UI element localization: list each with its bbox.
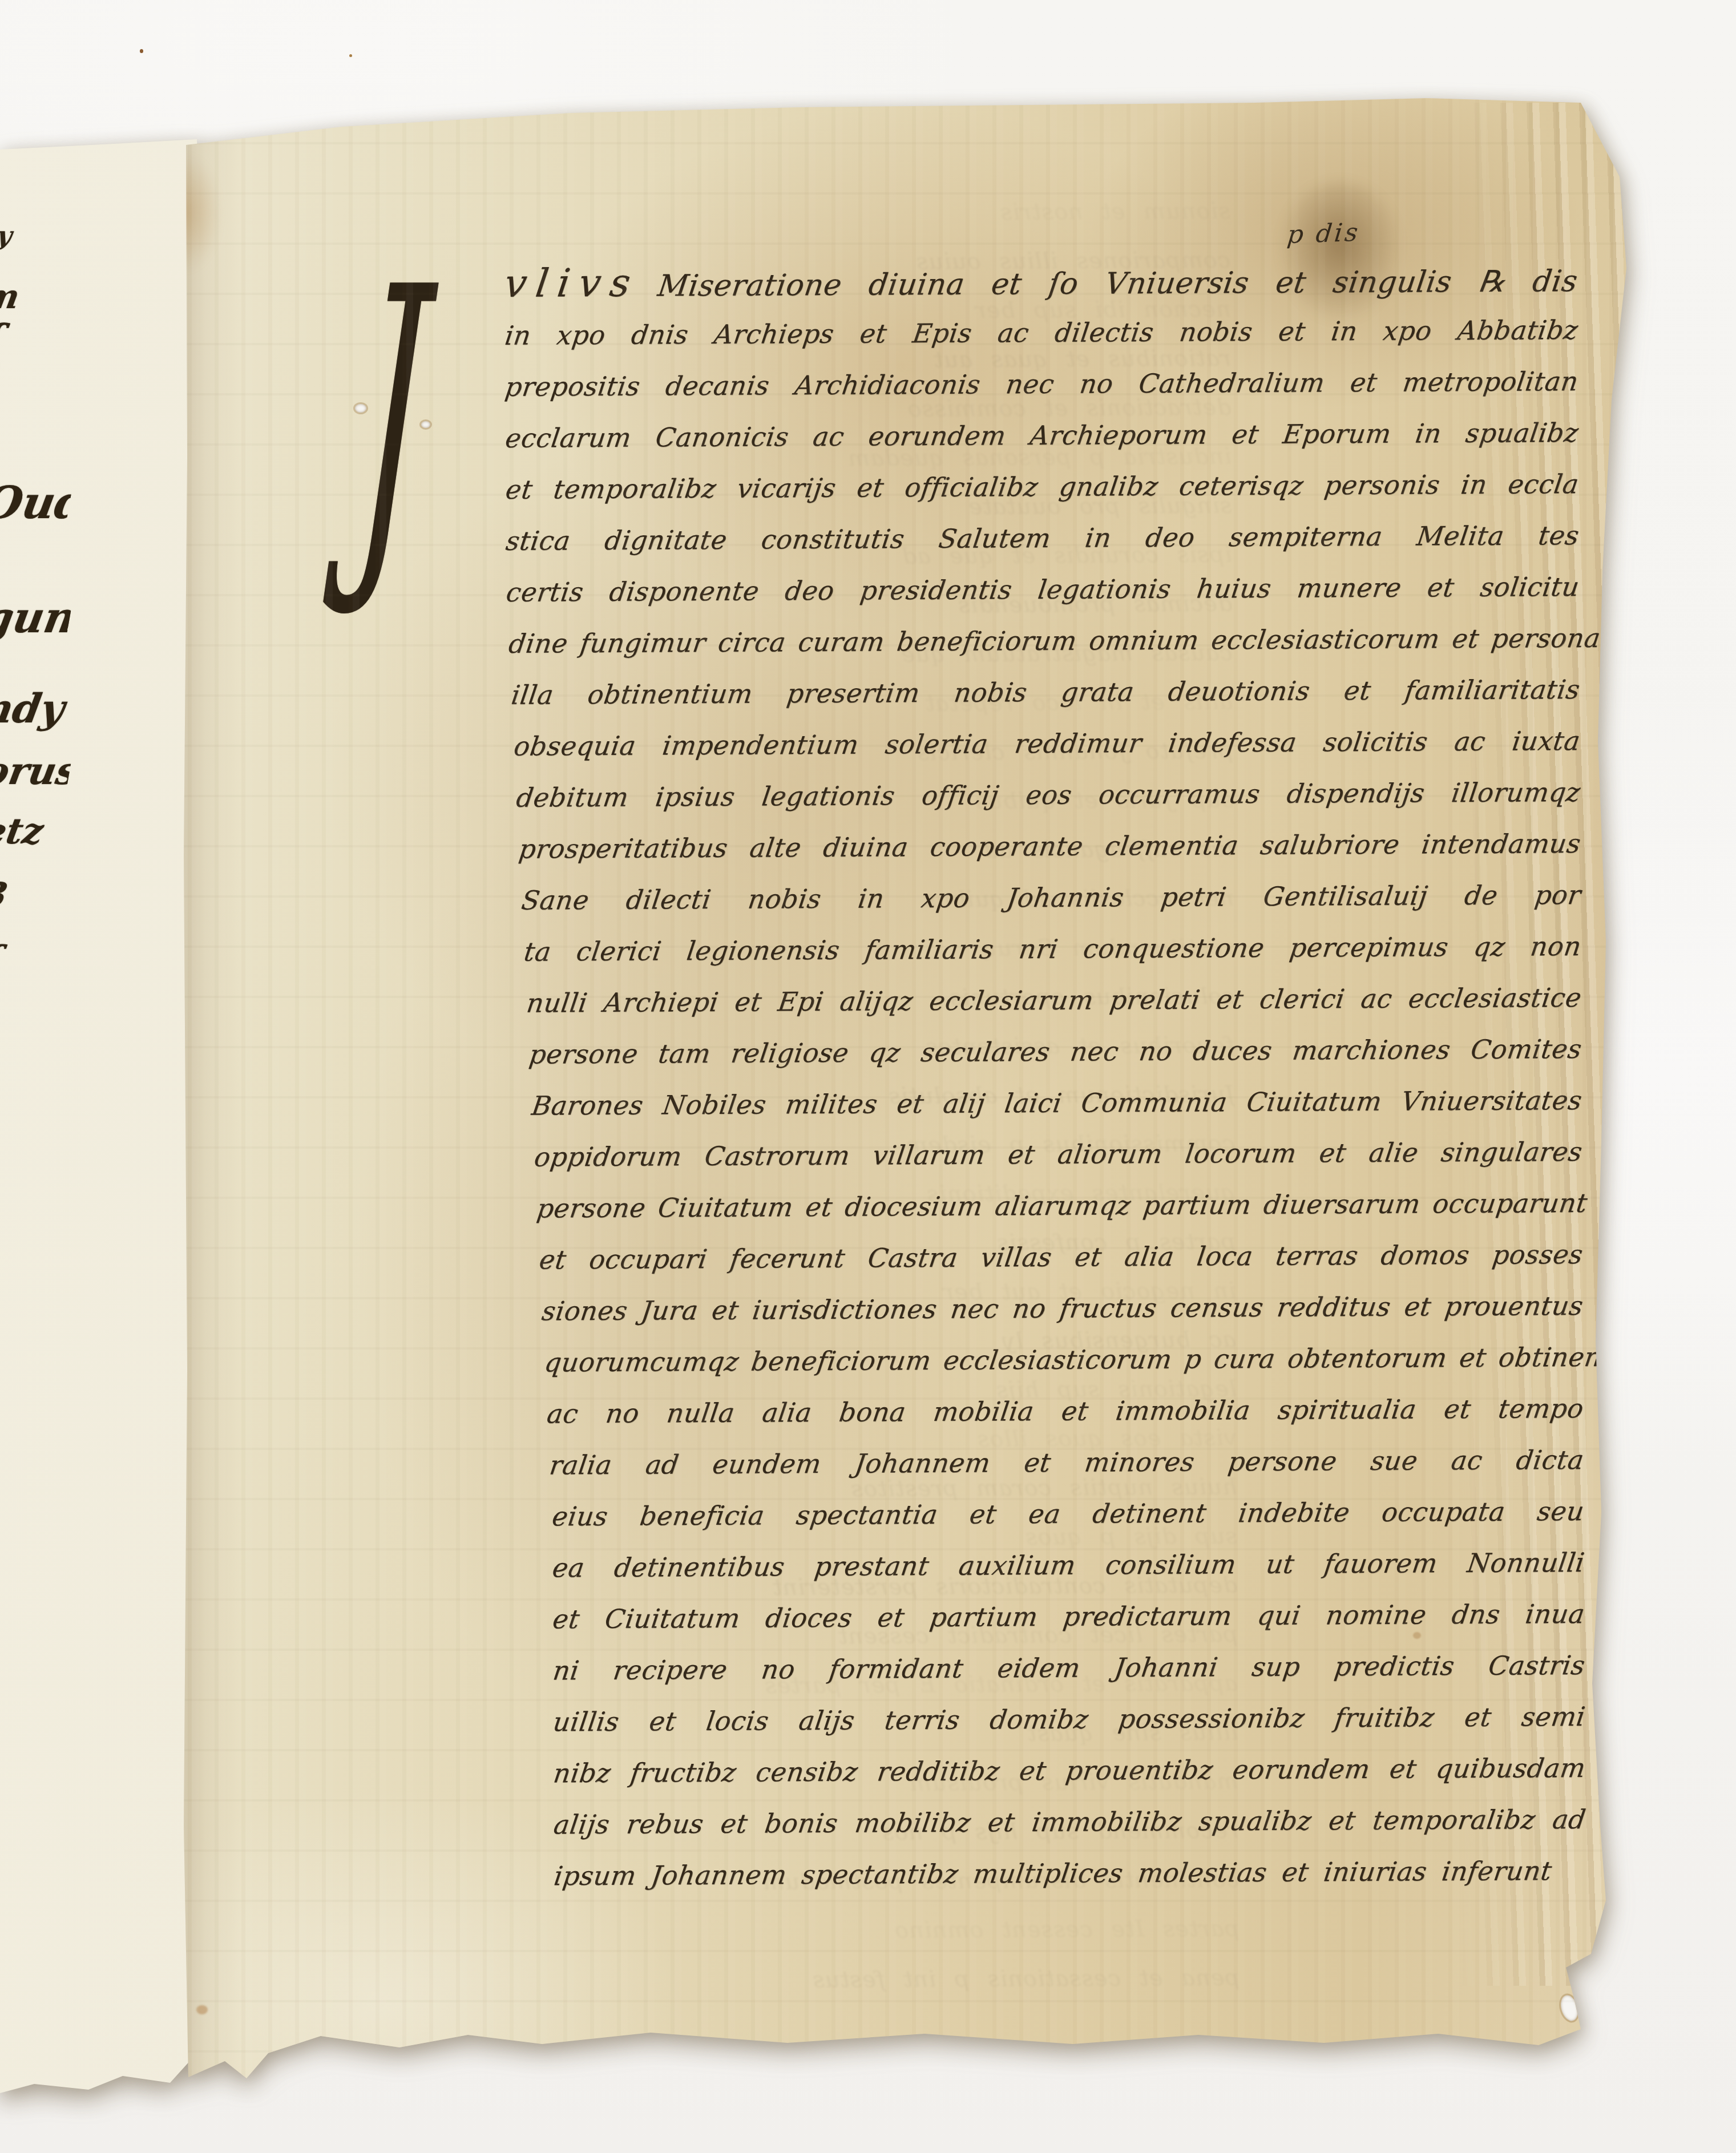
previous-page-ink-fragment: ſ <box>0 938 74 981</box>
text-line: persone tam religiose qz seculares nec n… <box>526 1025 1585 1082</box>
text-line: eius beneficia spectantia et ea detinent… <box>548 1488 1587 1545</box>
text-line: illa obtinentium presertim nobis grata d… <box>508 666 1583 723</box>
manuscript-text-block: vlivsMiseratione diuina et ſo Vniuersis … <box>500 255 1582 1904</box>
text-line: ralia ad eundem Johannem et minores pers… <box>546 1436 1587 1493</box>
previous-page-ink-fragment: orus <box>0 749 74 793</box>
text-line: stica dignitate constitutis Salutem in d… <box>502 512 1582 569</box>
previous-page-ink-fragment: ∂ <box>0 352 72 386</box>
text-line: ea detinentibus prestant auxilium consil… <box>549 1539 1588 1596</box>
previous-page-ink-fragment: 3 <box>0 875 73 914</box>
text-line: prosperitatibus alte diuina cooperante c… <box>515 820 1584 877</box>
text-line: in xpo dnis Archieps et Epis ac dilectis… <box>501 306 1581 363</box>
text-line: nibz fructibz censibz redditibz et proue… <box>550 1744 1589 1801</box>
text-line: debitum ipsius legationis officij eos oc… <box>513 769 1584 826</box>
text-line: ni recipere no formidant eidem Johanni s… <box>550 1642 1588 1699</box>
text-line: alijs rebus et bonis mobilibz et immobil… <box>550 1796 1589 1853</box>
text-line-rest: Miseratione diuina et ſo Vniuersis et si… <box>656 264 1580 303</box>
showthrough-line: partes Ite cessent omnino <box>83 1906 1239 1962</box>
page-number: 213 <box>1366 50 1516 96</box>
previous-page-ink-fragment: ſ <box>0 315 74 363</box>
text-line: et temporalibz vicarijs et officialibz g… <box>502 461 1582 518</box>
previous-page-ink-fragment: j <box>0 377 72 409</box>
text-line: prepositis decanis Archidiaconis nec no … <box>502 358 1581 415</box>
text-line: Barones Nobiles milites et alij laici Co… <box>528 1077 1585 1134</box>
text-line: obsequia impendentium solertia reddimur … <box>510 717 1583 774</box>
previous-page-ink-fragment: Oud <box>0 477 74 529</box>
text-line: nulli Archiepi et Epi alijqz ecclesiarum… <box>523 974 1585 1031</box>
text-line: et occupari fecerunt Castra villas et al… <box>536 1231 1586 1288</box>
opening-word: vlivs <box>502 261 642 306</box>
text-line: et Ciuitatum dioces et partium predictar… <box>549 1590 1588 1647</box>
text-line: vlivsMiseratione diuina et ſo Vniuersis … <box>501 255 1581 312</box>
text-line: siones Jura et iurisdictiones nec no fru… <box>538 1282 1586 1339</box>
text-line: dine fungimur circa curam beneficiorum o… <box>505 615 1582 672</box>
text-line: oppidorum Castrorum villarum et aliorum … <box>531 1128 1585 1185</box>
showthrough-line: pena et cessationis p int festus <box>105 1956 1240 2010</box>
superscript-insertion: p dis <box>1286 218 1362 249</box>
scanned-sheet: rymſ∂jOudgunndyorusetz3ſ sionum et nostr… <box>0 0 1736 2153</box>
text-line: certis disponente deo presidentis legati… <box>503 563 1582 620</box>
previous-page-ink-fragment: gun <box>0 593 74 643</box>
text-line: ecclarum Canonicis ac eorundem Archiepor… <box>502 409 1581 466</box>
previous-page-ink-fragment: m <box>0 277 73 316</box>
previous-page-ink-fragment: etz <box>0 810 73 852</box>
text-line: uillis et locis alijs terris domibz poss… <box>550 1693 1588 1750</box>
text-line: Sane dilecti nobis in xpo Johannis petri… <box>518 871 1584 928</box>
corner-hole <box>1558 1993 1581 2023</box>
text-line: ac no nulla alia bona mobilia et immobil… <box>543 1385 1586 1442</box>
text-line: ta clerici legionensis familiaris nri co… <box>520 923 1584 980</box>
manuscript-page: sionum et nostriscompariones illius ouiu… <box>0 0 1736 2153</box>
showthrough-line: sionum et nostris <box>55 189 1230 244</box>
previous-page-ink-fragment: ry <box>0 221 72 251</box>
text-line: persone Ciuitatum et diocesium aliarumqz… <box>533 1179 1585 1237</box>
text-line: quorumcumqz beneficiorum ecclesiasticoru… <box>541 1334 1586 1391</box>
previous-page-ink-fragment: ndy <box>0 685 74 732</box>
text-line: ipsum Johannem spectantibz multiplices m… <box>551 1847 1555 1904</box>
